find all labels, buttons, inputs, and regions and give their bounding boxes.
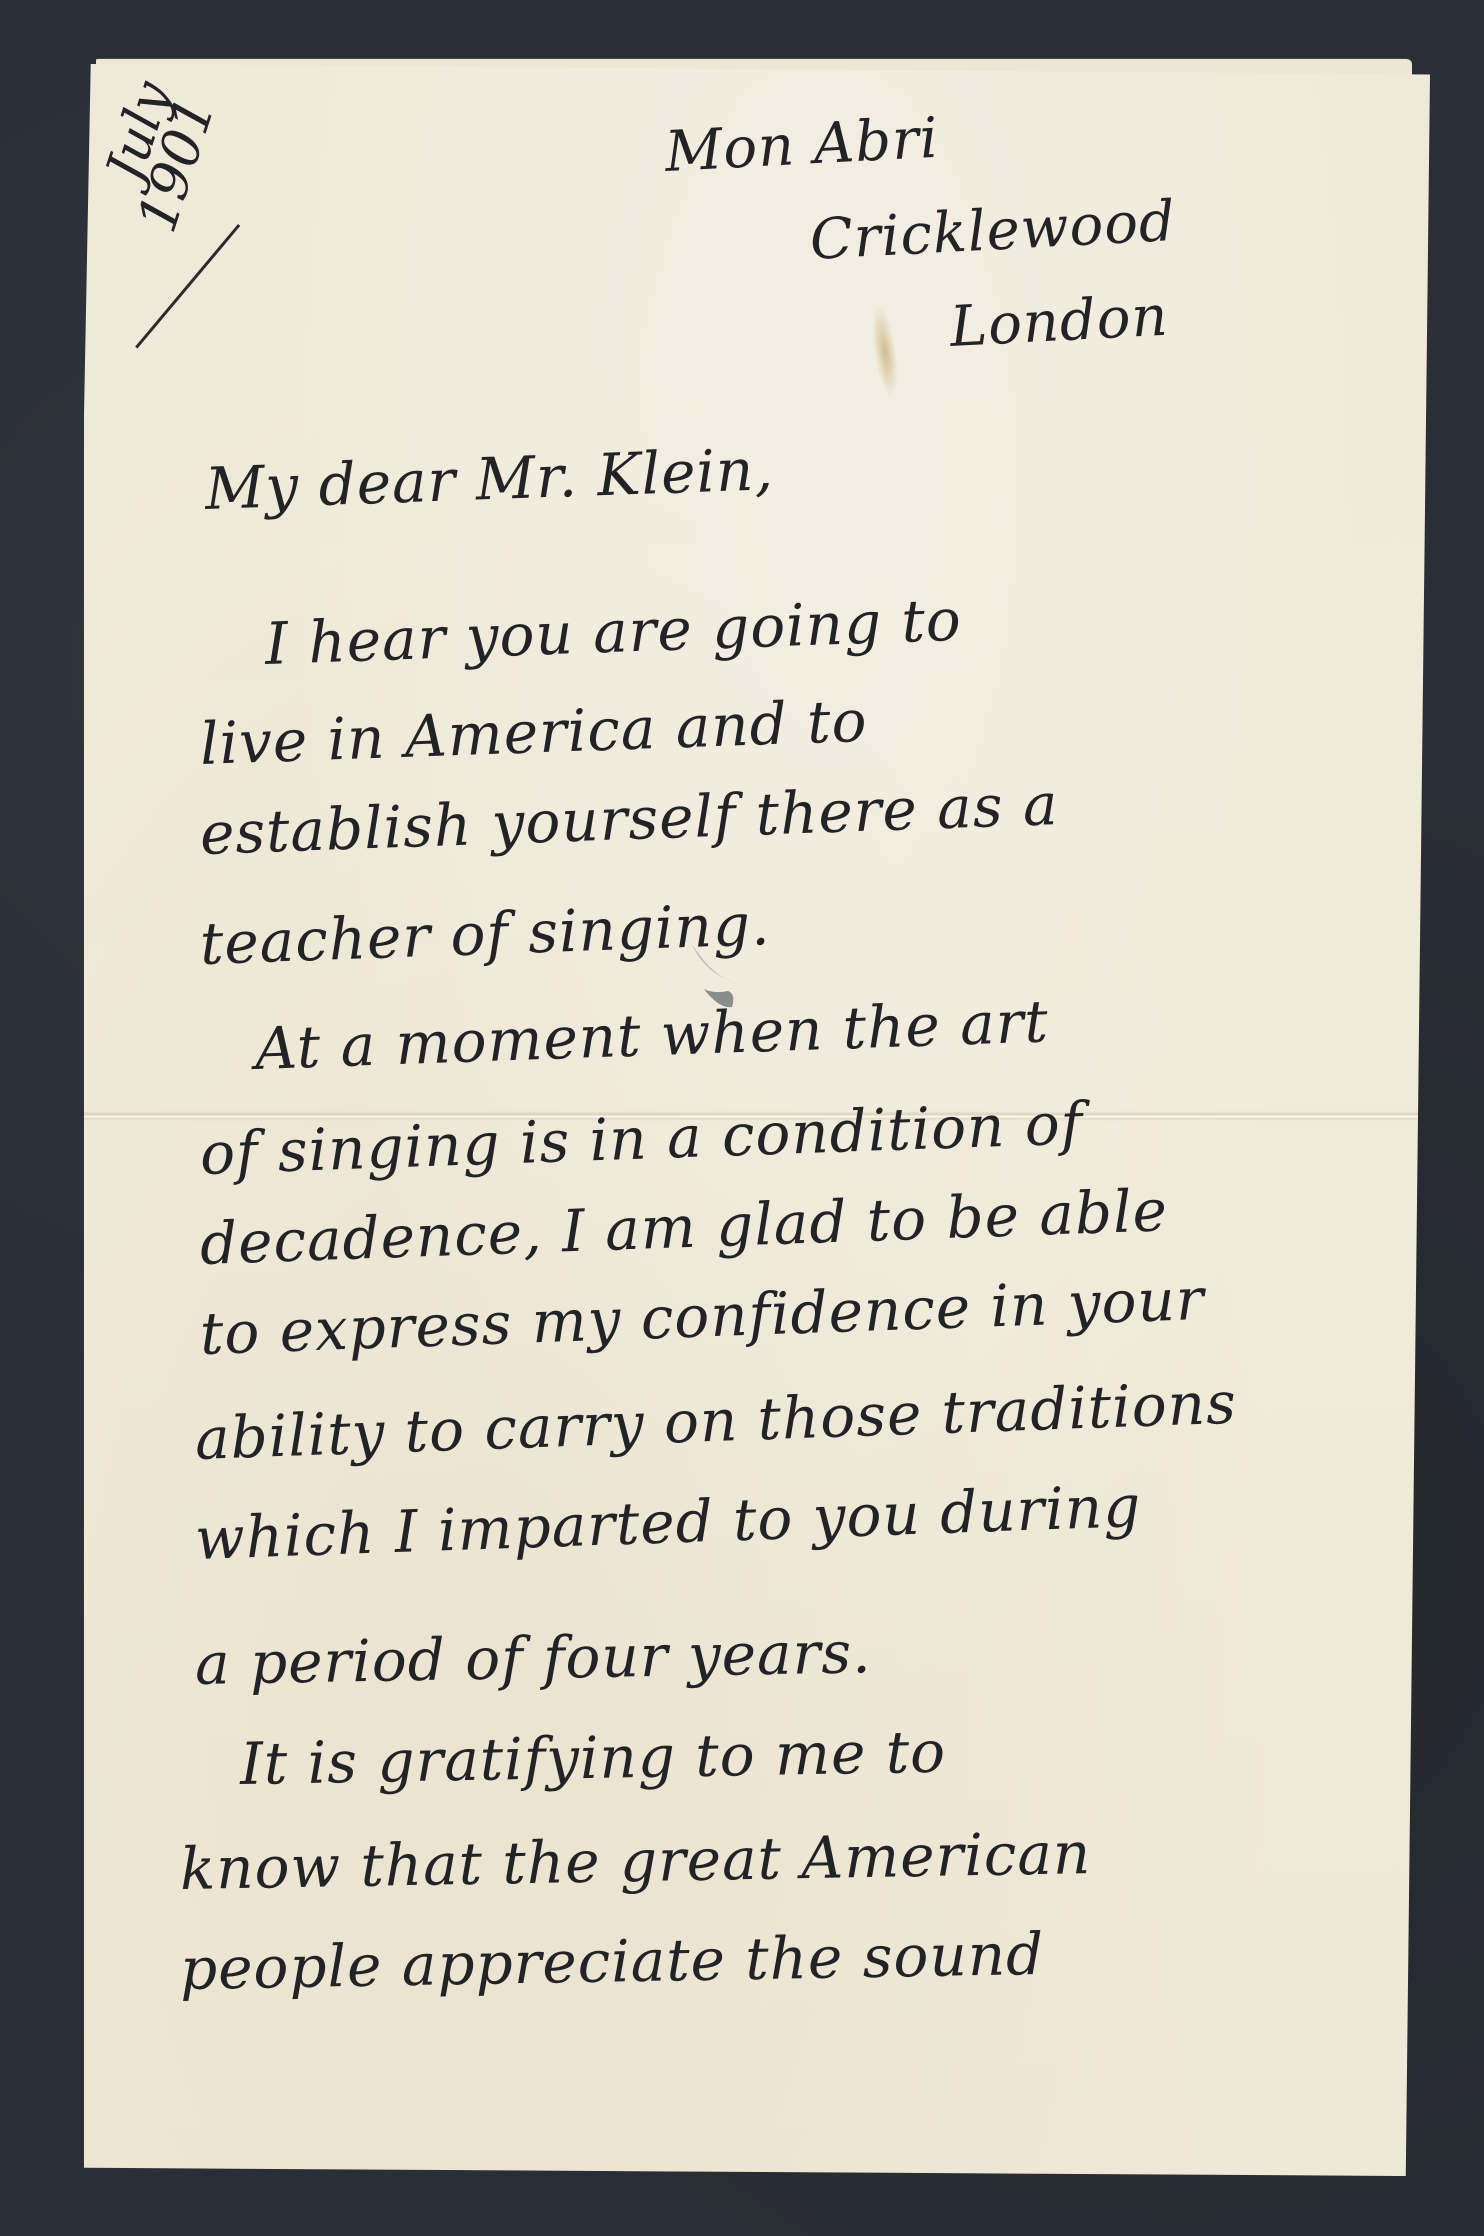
address-line-3: London [948,284,1170,360]
paper-stain [867,303,902,400]
body-line: a period of four years. [194,1618,872,1698]
body-line: It is gratifying to me to [239,1718,946,1798]
